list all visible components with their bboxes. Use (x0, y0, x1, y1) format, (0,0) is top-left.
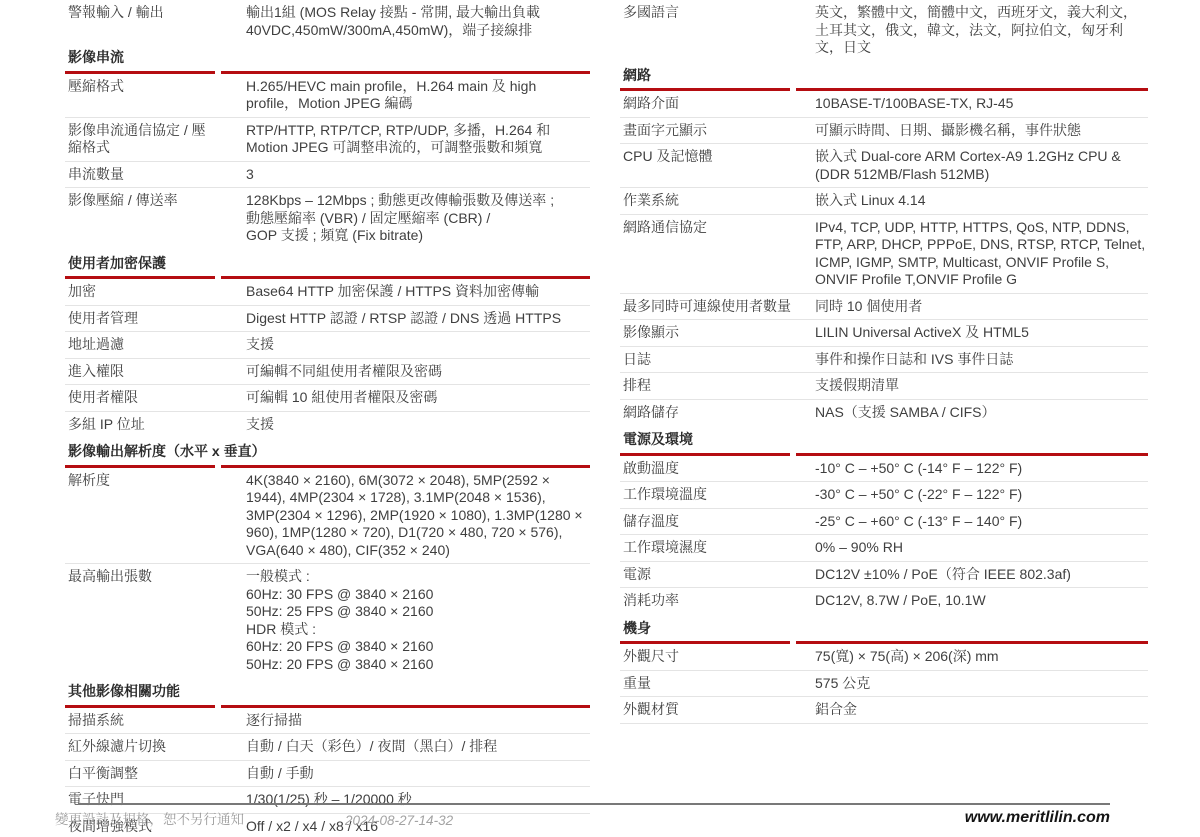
section-header: 網路 (620, 61, 1148, 92)
spec-row: 電源DC12V ±10% / PoE（符合 IEEE 802.3af) (620, 562, 1148, 589)
underline-label-segment (65, 71, 215, 74)
section-title: 電源及環境 (620, 430, 1148, 453)
spec-value: 嵌入式 Linux 4.14 (799, 190, 1148, 212)
spec-row: 啟動溫度-10° C – +50° C (-14° F – 122° F) (620, 456, 1148, 483)
spec-value: 支援 (224, 414, 590, 436)
spec-label: 白平衡調整 (65, 763, 218, 785)
section-header: 機身 (620, 614, 1148, 645)
spec-row: 地址過濾支援 (65, 332, 590, 359)
spec-label: 紅外線濾片切換 (65, 736, 218, 758)
underline-value-segment (796, 641, 1148, 644)
spec-value: LILIN Universal ActiveX 及 HTML5 (799, 322, 1148, 344)
spec-value: 3 (224, 164, 590, 186)
spec-row: 網路儲存NAS（支援 SAMBA / CIFS） (620, 400, 1148, 426)
section-title: 機身 (620, 619, 1148, 642)
spec-row: 加密Base64 HTTP 加密保護 / HTTPS 資料加密傳輸 (65, 279, 590, 306)
section-underline (620, 453, 1148, 456)
spec-value: 4K(3840 × 2160), 6M(3072 × 2048), 5MP(25… (224, 470, 590, 562)
spec-row: 進入權限可編輯不同組使用者權限及密碼 (65, 359, 590, 386)
underline-value-segment (221, 71, 590, 74)
spec-value: 逐行掃描 (224, 710, 590, 732)
underline-value-segment (221, 465, 590, 468)
spec-section: 警報輸入 / 輸出輸出1組 (MOS Relay 接點 - 常開, 最大輸出負載… (65, 0, 590, 43)
spec-value: -10° C – +50° C (-14° F – 122° F) (799, 458, 1148, 480)
section-header: 影像串流 (65, 43, 590, 74)
spec-row: 多組 IP 位址支援 (65, 412, 590, 438)
spec-value: 嵌入式 Dual-core ARM Cortex-A9 1.2GHz CPU &… (799, 146, 1148, 185)
spec-section: 影像輸出解析度（水平 x 垂直）解析度4K(3840 × 2160), 6M(3… (65, 437, 590, 677)
spec-label: 作業系統 (620, 190, 793, 212)
spec-section: 多國語言英文，繁體中文，簡體中文，西班牙文，義大利文，土耳其文，俄文，韓文，法文… (620, 0, 1148, 61)
spec-row: 使用者權限可編輯 10 組使用者權限及密碼 (65, 385, 590, 412)
spec-label: 電子快門 (65, 789, 218, 811)
left-column: 警報輸入 / 輸出輸出1組 (MOS Relay 接點 - 常開, 最大輸出負載… (65, 0, 590, 837)
underline-label-segment (65, 705, 215, 708)
spec-row: 畫面字元顯示可顯示時間、日期、攝影機名稱，事件狀態 (620, 118, 1148, 145)
spec-row: 工作環境溫度-30° C – +50° C (-22° F – 122° F) (620, 482, 1148, 509)
spec-label: 使用者管理 (65, 308, 218, 330)
spec-label: 最高輸出張數 (65, 566, 218, 675)
section-header: 影像輸出解析度（水平 x 垂直） (65, 437, 590, 468)
spec-section: 網路網路介面10BASE-T/100BASE-TX, RJ-45畫面字元顯示可顯… (620, 61, 1148, 426)
spec-value: DC12V, 8.7W / PoE, 10.1W (799, 590, 1148, 612)
spec-value: 支援 (224, 334, 590, 356)
spec-value: 575 公克 (799, 673, 1148, 695)
section-underline (65, 705, 590, 708)
underline-label-segment (65, 465, 215, 468)
spec-row: 最高輸出張數一般模式 : 60Hz: 30 FPS @ 3840 × 2160 … (65, 564, 590, 677)
section-underline (65, 276, 590, 279)
spec-value: IPv4, TCP, UDP, HTTP, HTTPS, QoS, NTP, D… (799, 217, 1148, 291)
spec-value: NAS（支援 SAMBA / CIFS） (799, 402, 1148, 424)
spec-label: 啟動溫度 (620, 458, 793, 480)
spec-section: 影像串流壓縮格式H.265/HEVC main profile，H.264 ma… (65, 43, 590, 249)
spec-value: 10BASE-T/100BASE-TX, RJ-45 (799, 93, 1148, 115)
spec-label: 地址過濾 (65, 334, 218, 356)
spec-row: 網路介面10BASE-T/100BASE-TX, RJ-45 (620, 91, 1148, 118)
underline-value-segment (796, 88, 1148, 91)
section-title: 網路 (620, 66, 1148, 89)
section-header: 電源及環境 (620, 425, 1148, 456)
spec-row: 影像顯示LILIN Universal ActiveX 及 HTML5 (620, 320, 1148, 347)
underline-label-segment (65, 276, 215, 279)
spec-value: Digest HTTP 認證 / RTSP 認證 / DNS 透過 HTTPS (224, 308, 590, 330)
section-underline (620, 641, 1148, 644)
spec-value: 128Kbps – 12Mbps ; 動態更改傳輸張數及傳送率 ; 動態壓縮率 … (224, 190, 590, 247)
spec-label: 影像串流通信協定 / 壓縮格式 (65, 120, 218, 159)
spec-row: 外觀材質鋁合金 (620, 697, 1148, 724)
spec-value: 同時 10 個使用者 (799, 296, 1148, 318)
section-underline (65, 71, 590, 74)
spec-label: 儲存溫度 (620, 511, 793, 533)
underline-value-segment (221, 705, 590, 708)
spec-label: 網路通信協定 (620, 217, 793, 291)
spec-value: 鋁合金 (799, 699, 1148, 721)
spec-label: 重量 (620, 673, 793, 695)
spec-row: 白平衡調整自動 / 手動 (65, 761, 590, 788)
spec-value: 自動 / 手動 (224, 763, 590, 785)
spec-value: 事件和操作日誌和 IVS 事件日誌 (799, 349, 1148, 371)
spec-label: 影像顯示 (620, 322, 793, 344)
footer-divider (78, 803, 1110, 805)
spec-label: 進入權限 (65, 361, 218, 383)
spec-sheet-page: 警報輸入 / 輸出輸出1組 (MOS Relay 接點 - 常開, 最大輸出負載… (0, 0, 1200, 837)
section-title: 影像輸出解析度（水平 x 垂直） (65, 442, 590, 465)
spec-label: 警報輸入 / 輸出 (65, 2, 218, 41)
spec-label: 網路介面 (620, 93, 793, 115)
underline-label-segment (620, 453, 790, 456)
spec-value: 可顯示時間、日期、攝影機名稱，事件狀態 (799, 120, 1148, 142)
spec-label: 外觀材質 (620, 699, 793, 721)
spec-label: 網路儲存 (620, 402, 793, 424)
spec-value: 英文，繁體中文，簡體中文，西班牙文，義大利文，土耳其文，俄文，韓文，法文，阿拉伯… (799, 2, 1148, 59)
spec-value: 支援假期清單 (799, 375, 1148, 397)
spec-row: 警報輸入 / 輸出輸出1組 (MOS Relay 接點 - 常開, 最大輸出負載… (65, 0, 590, 43)
section-title: 影像串流 (65, 48, 590, 71)
footer-website-link[interactable]: www.meritlilin.com (965, 808, 1110, 828)
spec-row: 壓縮格式H.265/HEVC main profile，H.264 main 及… (65, 74, 590, 118)
spec-row: 日誌事件和操作日誌和 IVS 事件日誌 (620, 347, 1148, 374)
spec-label: 多組 IP 位址 (65, 414, 218, 436)
spec-label: 日誌 (620, 349, 793, 371)
spec-row: 作業系統嵌入式 Linux 4.14 (620, 188, 1148, 215)
spec-row: 電子快門1/30(1/25) 秒 – 1/20000 秒 (65, 787, 590, 814)
spec-value: Base64 HTTP 加密保護 / HTTPS 資料加密傳輸 (224, 281, 590, 303)
spec-row: 使用者管理Digest HTTP 認證 / RTSP 認證 / DNS 透過 H… (65, 306, 590, 333)
spec-value: 可編輯不同組使用者權限及密碼 (224, 361, 590, 383)
spec-row: 消耗功率DC12V, 8.7W / PoE, 10.1W (620, 588, 1148, 614)
spec-value: 一般模式 : 60Hz: 30 FPS @ 3840 × 2160 50Hz: … (224, 566, 590, 675)
spec-label: 電源 (620, 564, 793, 586)
spec-label: 工作環境濕度 (620, 537, 793, 559)
underline-label-segment (620, 641, 790, 644)
spec-label: 多國語言 (620, 2, 793, 59)
right-column: 多國語言英文，繁體中文，簡體中文，西班牙文，義大利文，土耳其文，俄文，韓文，法文… (620, 0, 1148, 724)
spec-label: 畫面字元顯示 (620, 120, 793, 142)
spec-value: 0% – 90% RH (799, 537, 1148, 559)
spec-value: 輸出1組 (MOS Relay 接點 - 常開, 最大輸出負載40VDC,450… (224, 2, 590, 41)
spec-row: 重量575 公克 (620, 671, 1148, 698)
underline-label-segment (620, 88, 790, 91)
spec-row: CPU 及記憶體嵌入式 Dual-core ARM Cortex-A9 1.2G… (620, 144, 1148, 188)
spec-label: 解析度 (65, 470, 218, 562)
spec-row: 影像串流通信協定 / 壓縮格式RTP/HTTP, RTP/TCP, RTP/UD… (65, 118, 590, 162)
spec-value: 75(寬) × 75(高) × 206(深) mm (799, 646, 1148, 668)
spec-value: -30° C – +50° C (-22° F – 122° F) (799, 484, 1148, 506)
spec-value: DC12V ±10% / PoE（符合 IEEE 802.3af) (799, 564, 1148, 586)
section-header: 使用者加密保護 (65, 249, 590, 280)
spec-row: 影像壓縮 / 傳送率128Kbps – 12Mbps ; 動態更改傳輸張數及傳送… (65, 188, 590, 249)
spec-value: 可編輯 10 組使用者權限及密碼 (224, 387, 590, 409)
spec-label: 影像壓縮 / 傳送率 (65, 190, 218, 247)
spec-row: 掃描系統逐行掃描 (65, 708, 590, 735)
spec-row: 紅外線濾片切換自動 / 白天（彩色）/ 夜間（黑白）/ 排程 (65, 734, 590, 761)
spec-label: 串流數量 (65, 164, 218, 186)
section-underline (65, 465, 590, 468)
spec-row: 網路通信協定IPv4, TCP, UDP, HTTP, HTTPS, QoS, … (620, 215, 1148, 294)
spec-label: 消耗功率 (620, 590, 793, 612)
section-underline (620, 88, 1148, 91)
spec-row: 排程支援假期清單 (620, 373, 1148, 400)
spec-section: 機身外觀尺寸75(寬) × 75(高) × 206(深) mm重量575 公克外… (620, 614, 1148, 724)
spec-label: 最多同時可連線使用者數量 (620, 296, 793, 318)
underline-value-segment (796, 453, 1148, 456)
spec-value: -25° C – +60° C (-13° F – 140° F) (799, 511, 1148, 533)
spec-label: 工作環境溫度 (620, 484, 793, 506)
spec-label: CPU 及記憶體 (620, 146, 793, 185)
spec-row: 多國語言英文，繁體中文，簡體中文，西班牙文，義大利文，土耳其文，俄文，韓文，法文… (620, 0, 1148, 61)
section-title: 使用者加密保護 (65, 254, 590, 277)
spec-row: 最多同時可連線使用者數量同時 10 個使用者 (620, 294, 1148, 321)
underline-value-segment (221, 276, 590, 279)
spec-row: 串流數量3 (65, 162, 590, 189)
spec-row: 儲存溫度-25° C – +60° C (-13° F – 140° F) (620, 509, 1148, 536)
spec-value: RTP/HTTP, RTP/TCP, RTP/UDP, 多播，H.264 和 M… (224, 120, 590, 159)
spec-row: 外觀尺寸75(寬) × 75(高) × 206(深) mm (620, 644, 1148, 671)
spec-label: 排程 (620, 375, 793, 397)
section-header: 其他影像相關功能 (65, 677, 590, 708)
spec-section: 電源及環境啟動溫度-10° C – +50° C (-14° F – 122° … (620, 425, 1148, 614)
spec-label: 加密 (65, 281, 218, 303)
spec-label: 外觀尺寸 (620, 646, 793, 668)
spec-section: 使用者加密保護加密Base64 HTTP 加密保護 / HTTPS 資料加密傳輸… (65, 249, 590, 438)
spec-value: H.265/HEVC main profile，H.264 main 及 hig… (224, 76, 590, 115)
spec-label: 使用者權限 (65, 387, 218, 409)
footer-note: 變更設計及規格，恕不另行通知 (55, 812, 244, 829)
footer-date: 2024-08-27-14-32 (345, 813, 453, 830)
spec-value: 自動 / 白天（彩色）/ 夜間（黑白）/ 排程 (224, 736, 590, 758)
section-title: 其他影像相關功能 (65, 682, 590, 705)
spec-label: 壓縮格式 (65, 76, 218, 115)
spec-row: 解析度4K(3840 × 2160), 6M(3072 × 2048), 5MP… (65, 468, 590, 565)
spec-label: 掃描系統 (65, 710, 218, 732)
spec-value: 1/30(1/25) 秒 – 1/20000 秒 (224, 789, 590, 811)
spec-row: 工作環境濕度0% – 90% RH (620, 535, 1148, 562)
